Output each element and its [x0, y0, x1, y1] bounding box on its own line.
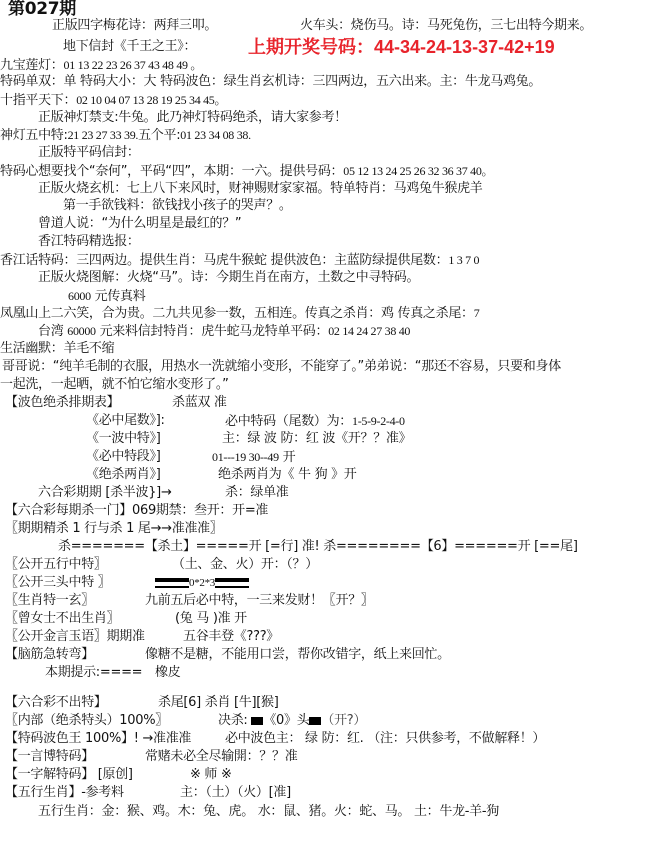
- bar-icon: [155, 578, 189, 588]
- god-lamp-ban-line: 正版神灯禁支:牛兔。此乃神灯特码绝杀，请大家参考！: [38, 109, 347, 127]
- taoist-saying-line: 曾道人说：“为什么明星是最红的？”: [38, 215, 241, 233]
- no-special-value: 杀尾[6] 杀肖 [牛][猴]: [158, 694, 278, 712]
- no-special-label: 【六合彩不出特】: [5, 694, 107, 712]
- must-tail-value: 必中特码（尾数）为：1-5-9-2-4-0: [225, 412, 405, 431]
- wave-king-value: 必中波色主： 绿 防：红. （注：只供参考，不做解释！）: [225, 730, 545, 748]
- hint-label: 本期提示:====: [45, 664, 142, 682]
- must-tail-label: 《必中尾数》]:: [86, 412, 165, 430]
- one-char-value: ※ 师 ※: [190, 766, 232, 784]
- humor-line-1: 哥哥说：“纯羊毛制的衣服，用热水一洗就缩小变形，不能穿了。”弟弟说：“那还不容易…: [2, 358, 561, 376]
- internal-kill-value: 决杀: 《0》头（开?）: [218, 712, 366, 730]
- hk-special-line: 香江话特码：三四两边。提供生肖：马虎牛猴蛇 提供波色：主蓝防绿提供尾数：1 3 …: [0, 251, 479, 270]
- five-elements-value: （土、金、火）开：（？）: [172, 556, 318, 574]
- first-hand-line: 第一手欲钱料：欲钱找小孩子的哭声？。: [63, 197, 292, 215]
- page-title: 第027期: [8, 0, 76, 18]
- ms-zeng-value: (兔 马 )准 开: [175, 610, 247, 628]
- flat-code-envelope: 正版特平码信封：: [38, 144, 140, 162]
- golden-words-value: 五谷丰登《???》: [183, 628, 279, 646]
- five-elements-zodiac-value: 主：（土）（火）[准]: [180, 784, 291, 802]
- brain-teaser-label: 【脑筋急转弯】: [5, 646, 94, 664]
- fire-diagram-line: 正版火烧图解：火烧“马”。诗：今期生肖在南方，土数之中寻特码。: [38, 269, 419, 287]
- must-segment-label: 《必中特段》]: [86, 448, 160, 466]
- underground-envelope: 地下信封《千王之王》：: [63, 38, 196, 56]
- kill-row-tail-heading: 〖期期精杀 1 行与杀 1 尾→→准准准〗: [5, 520, 223, 538]
- golden-words-label: 〖公开金言玉语〗期期准: [5, 628, 145, 646]
- kill-two-label: 《绝杀两肖》]: [86, 466, 160, 484]
- special-code-line: 特码单双：单 特码大小：大 特码波色：绿生肖玄机诗：三四两边，五六出来。主：牛龙…: [0, 73, 541, 91]
- last-draw-numbers: 上期开奖号码：44-34-24-13-37-42+19: [248, 38, 555, 56]
- internal-kill-label: 〖内部（绝杀特头）100%〗: [5, 712, 168, 730]
- kill-two-value: 绝杀两肖为《 牛 狗 》开: [218, 466, 357, 484]
- one-word-bet-value: 常赌未必全尽输開：？？准: [145, 748, 297, 766]
- block-icon: [251, 717, 263, 725]
- half-wave-label: 六合彩期期 [杀半波}]→: [38, 484, 172, 502]
- hint-value: 橡皮: [155, 664, 180, 682]
- taiwan-line: 台湾 60000 元来料信封特肖：虎牛蛇马龙特单平码：02 14 24 27 3…: [38, 322, 410, 341]
- kill-earth-line: 杀=======【杀土】=====开 [=行] 准! 杀========【6】=…: [58, 538, 578, 556]
- wave-table-heading: 【波色绝杀排期表】: [5, 394, 119, 412]
- one-wave-value: 主：绿 波 防：红 波《开？？准》: [222, 430, 411, 448]
- brain-teaser-value: 像糖不是糖，不能用口尝，帮你改错字，纸上来回忙。: [145, 646, 450, 664]
- bar-icon: [215, 578, 249, 588]
- wave-table-value: 杀蓝双 准: [172, 394, 227, 412]
- train-head-hint: 火车头：烧伤马。诗：马死兔伤，三七出特今期来。: [300, 17, 592, 35]
- must-segment-value: 01---19 30--49 开: [212, 448, 295, 467]
- kill-one-gate-line: 【六合彩每期杀一门】069期禁：叁开：开=准: [5, 502, 268, 520]
- five-elements-zodiac-list: 五行生肖：金：猴、鸡。木：兔、虎。 水：鼠、猪。火：蛇、马。 土：牛龙-羊-狗: [38, 803, 499, 821]
- block-icon: [309, 717, 321, 725]
- plum-blossom-poem: 正版四字梅花诗：两拜三叩。: [52, 17, 217, 35]
- special-code-wish-line: 特码心想要找个“奈何”，平码“四”，本期：一六。提供号码：05 12 13 24…: [0, 162, 493, 181]
- five-elements-zodiac-label: 【五行生肖】-参考料: [5, 784, 124, 802]
- ten-fingers-line: 十指平天下：02 10 04 07 13 28 19 25 34 45。: [0, 91, 226, 110]
- three-heads-label: 〖公开三头中特 〗: [5, 574, 110, 592]
- god-lamp-five-line: 神灯五中特:21 23 27 33 39.五个平:01 23 34 08 38.: [0, 126, 251, 145]
- humor-heading: 生活幽默：羊毛不缩: [0, 340, 114, 358]
- phoenix-line: 凤凰山上二六笑，合为贵。二九共见参一数，五相连。传真之杀肖：鸡 传真之杀尾：7: [0, 304, 479, 323]
- humor-line-2: 一起洗，一起晒，就不怕它缩水变形了。”: [0, 376, 229, 394]
- one-char-label: 【一字解特码】 [原创]: [5, 766, 133, 784]
- zodiac-mystery-label: 〖生肖特一玄〗: [5, 592, 94, 610]
- three-heads-value: 0*2*3: [155, 574, 249, 592]
- wave-king-label: 【特码波色王 100%】! →准准准: [5, 730, 191, 748]
- ms-zeng-label: 〖曾女士不出生肖〗: [5, 610, 119, 628]
- fire-mystery-line: 正版火烧玄机：七上八下来风时，财神赐财家家福。特单特肖：马鸡兔牛猴虎羊: [38, 180, 483, 198]
- one-wave-label: 《一波中特》]: [86, 430, 160, 448]
- hk-selection-heading: 香江特码精选报：: [38, 233, 140, 251]
- one-word-bet-label: 【一言博特码】: [5, 748, 94, 766]
- zodiac-mystery-value: 九前五后必中特，一三来发财！〖开？〗: [145, 592, 374, 610]
- five-elements-label: 〖公开五行中特〗: [5, 556, 107, 574]
- half-wave-value: 杀：绿单准: [225, 484, 289, 502]
